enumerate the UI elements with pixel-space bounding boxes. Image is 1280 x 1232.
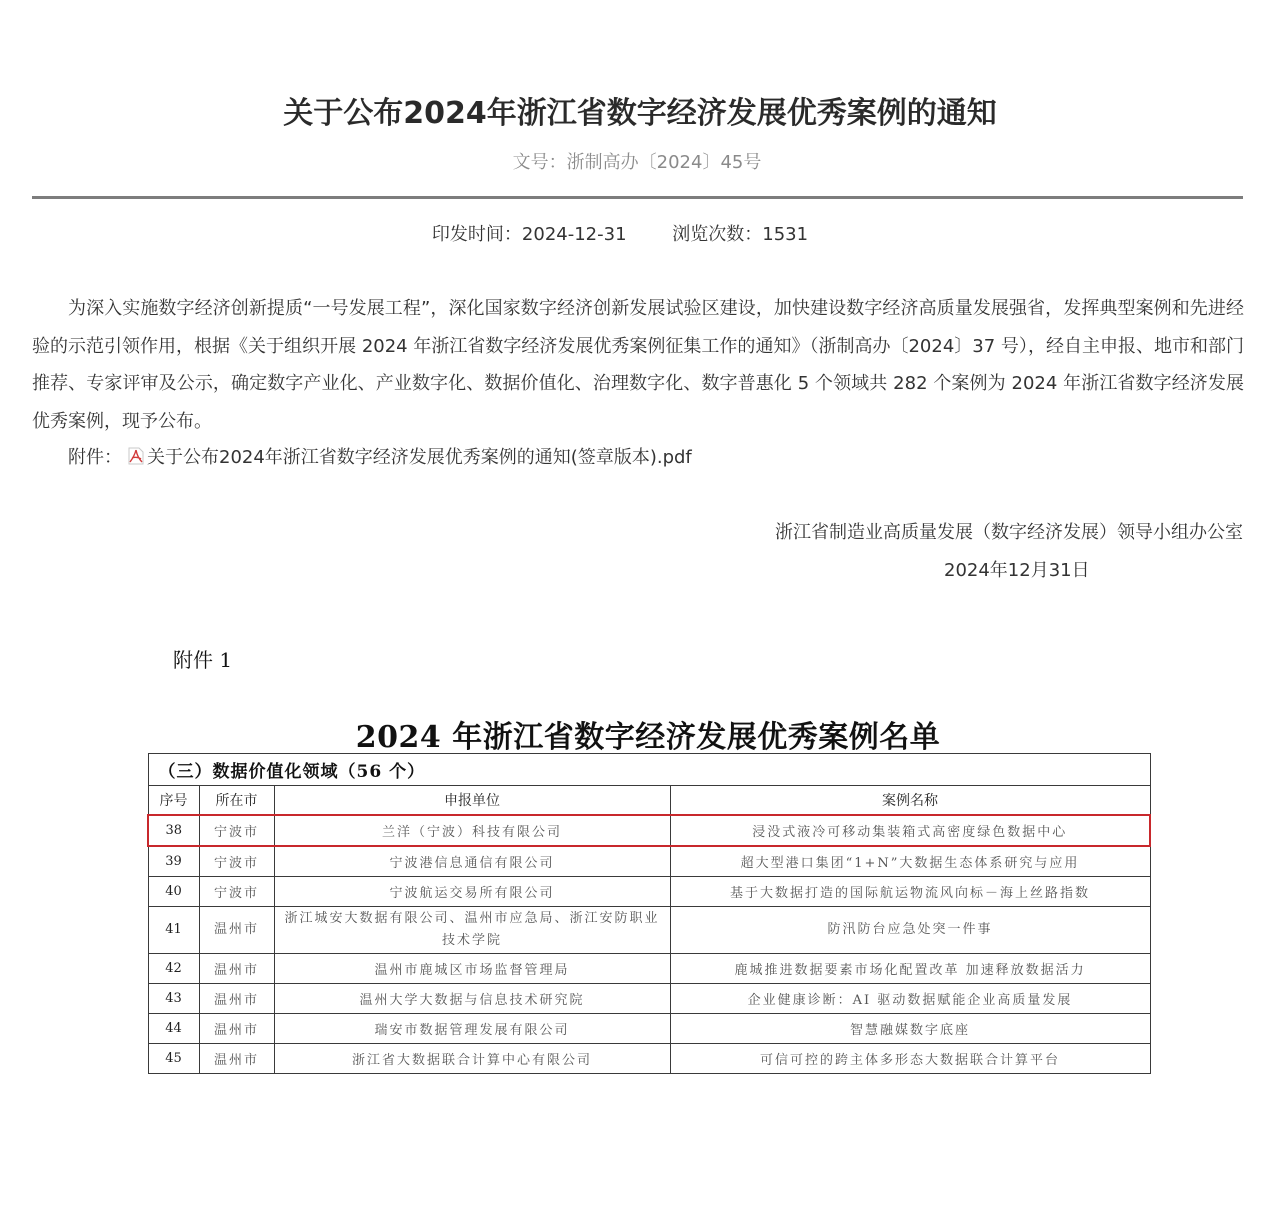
cell-unit: 瑞安市数据管理发展有限公司 [274, 1014, 670, 1044]
view-count: 浏览次数：1531 [672, 224, 808, 245]
col-header-city: 所在市 [199, 786, 274, 816]
pdf-icon [128, 447, 144, 465]
cell-city: 温州市 [199, 1014, 274, 1044]
col-header-case: 案例名称 [670, 786, 1150, 816]
cell-case: 浸没式液冷可移动集装箱式高密度绿色数据中心 [670, 815, 1150, 846]
view-count-label: 浏览次数： [672, 224, 762, 245]
table-row: 43 温州市 温州大学大数据与信息技术研究院 企业健康诊断：AI 驱动数据赋能企… [148, 984, 1150, 1014]
cell-unit: 浙江城安大数据有限公司、温州市应急局、浙江安防职业技术学院 [274, 907, 670, 954]
cell-city: 宁波市 [199, 846, 274, 877]
attachment-link[interactable]: 关于公布2024年浙江省数字经济发展优秀案例的通知(签章版本).pdf [147, 443, 692, 469]
cell-city: 温州市 [199, 1044, 274, 1074]
cell-seq: 45 [148, 1044, 199, 1074]
cell-city: 宁波市 [199, 815, 274, 846]
issue-date-value: 2024-12-31 [522, 224, 627, 245]
table-row: 42 温州市 温州市鹿城区市场监督管理局 鹿城推进数据要素市场化配置改革 加速释… [148, 954, 1150, 984]
cell-case: 基于大数据打造的国际航运物流风向标－海上丝路指数 [670, 877, 1150, 907]
cell-unit: 温州市鹿城区市场监督管理局 [274, 954, 670, 984]
section-header-row: （三）数据价值化领域（56 个） [148, 754, 1150, 786]
cell-unit: 宁波航运交易所有限公司 [274, 877, 670, 907]
notice-meta: 印发时间：2024-12-31 浏览次数：1531 [0, 220, 1240, 246]
cases-table: （三）数据价值化领域（56 个） 序号 所在市 申报单位 案例名称 38 宁波市… [147, 753, 1151, 1074]
appendix-title: 2024 年浙江省数字经济发展优秀案例名单 [147, 712, 1149, 756]
cell-seq: 44 [148, 1014, 199, 1044]
cell-unit: 宁波港信息通信有限公司 [274, 846, 670, 877]
cell-seq: 40 [148, 877, 199, 907]
divider [32, 196, 1243, 199]
cell-case: 企业健康诊断：AI 驱动数据赋能企业高质量发展 [670, 984, 1150, 1014]
cell-case: 智慧融媒数字底座 [670, 1014, 1150, 1044]
cell-case: 超大型港口集团“1+N”大数据生态体系研究与应用 [670, 846, 1150, 877]
cell-case: 可信可控的跨主体多形态大数据联合计算平台 [670, 1044, 1150, 1074]
attachment: 附件： 关于公布2024年浙江省数字经济发展优秀案例的通知(签章版本).pdf [68, 443, 692, 469]
cell-case: 防汛防台应急处突一件事 [670, 907, 1150, 954]
cell-seq: 38 [148, 815, 199, 846]
cell-seq: 43 [148, 984, 199, 1014]
cell-unit: 浙江省大数据联合计算中心有限公司 [274, 1044, 670, 1074]
signature-date: 2024年12月31日 [944, 556, 1090, 582]
table-row: 41 温州市 浙江城安大数据有限公司、温州市应急局、浙江安防职业技术学院 防汛防… [148, 907, 1150, 954]
table-row: 39 宁波市 宁波港信息通信有限公司 超大型港口集团“1+N”大数据生态体系研究… [148, 846, 1150, 877]
view-count-value: 1531 [762, 224, 808, 245]
cell-case: 鹿城推进数据要素市场化配置改革 加速释放数据活力 [670, 954, 1150, 984]
appendix-label: 附件 1 [173, 644, 232, 673]
signature-org: 浙江省制造业高质量发展（数字经济发展）领导小组办公室 [775, 518, 1243, 544]
table-row: 40 宁波市 宁波航运交易所有限公司 基于大数据打造的国际航运物流风向标－海上丝… [148, 877, 1150, 907]
cell-city: 宁波市 [199, 877, 274, 907]
issue-date-label: 印发时间： [432, 224, 522, 245]
table-row: 44 温州市 瑞安市数据管理发展有限公司 智慧融媒数字底座 [148, 1014, 1150, 1044]
cell-seq: 42 [148, 954, 199, 984]
col-header-unit: 申报单位 [274, 786, 670, 816]
cell-seq: 39 [148, 846, 199, 877]
cell-seq: 41 [148, 907, 199, 954]
col-header-seq: 序号 [148, 786, 199, 816]
cell-unit: 温州大学大数据与信息技术研究院 [274, 984, 670, 1014]
notice-body: 为深入实施数字经济创新提质“一号发展工程”，深化国家数字经济创新发展试验区建设，… [32, 290, 1244, 440]
table-row-highlighted: 38 宁波市 兰洋（宁波）科技有限公司 浸没式液冷可移动集装箱式高密度绿色数据中… [148, 815, 1150, 846]
section-title: （三）数据价值化领域（56 个） [148, 754, 1150, 786]
issue-date: 印发时间：2024-12-31 [432, 224, 627, 245]
doc-number: 文号：浙制高办〔2024〕45号 [0, 148, 1274, 174]
cell-city: 温州市 [199, 984, 274, 1014]
notice-title: 关于公布2024年浙江省数字经济发展优秀案例的通知 [0, 88, 1280, 132]
table-row: 45 温州市 浙江省大数据联合计算中心有限公司 可信可控的跨主体多形态大数据联合… [148, 1044, 1150, 1074]
cell-unit: 兰洋（宁波）科技有限公司 [274, 815, 670, 846]
cell-city: 温州市 [199, 954, 274, 984]
column-header-row: 序号 所在市 申报单位 案例名称 [148, 786, 1150, 816]
cell-city: 温州市 [199, 907, 274, 954]
attachment-label: 附件： [68, 443, 122, 469]
